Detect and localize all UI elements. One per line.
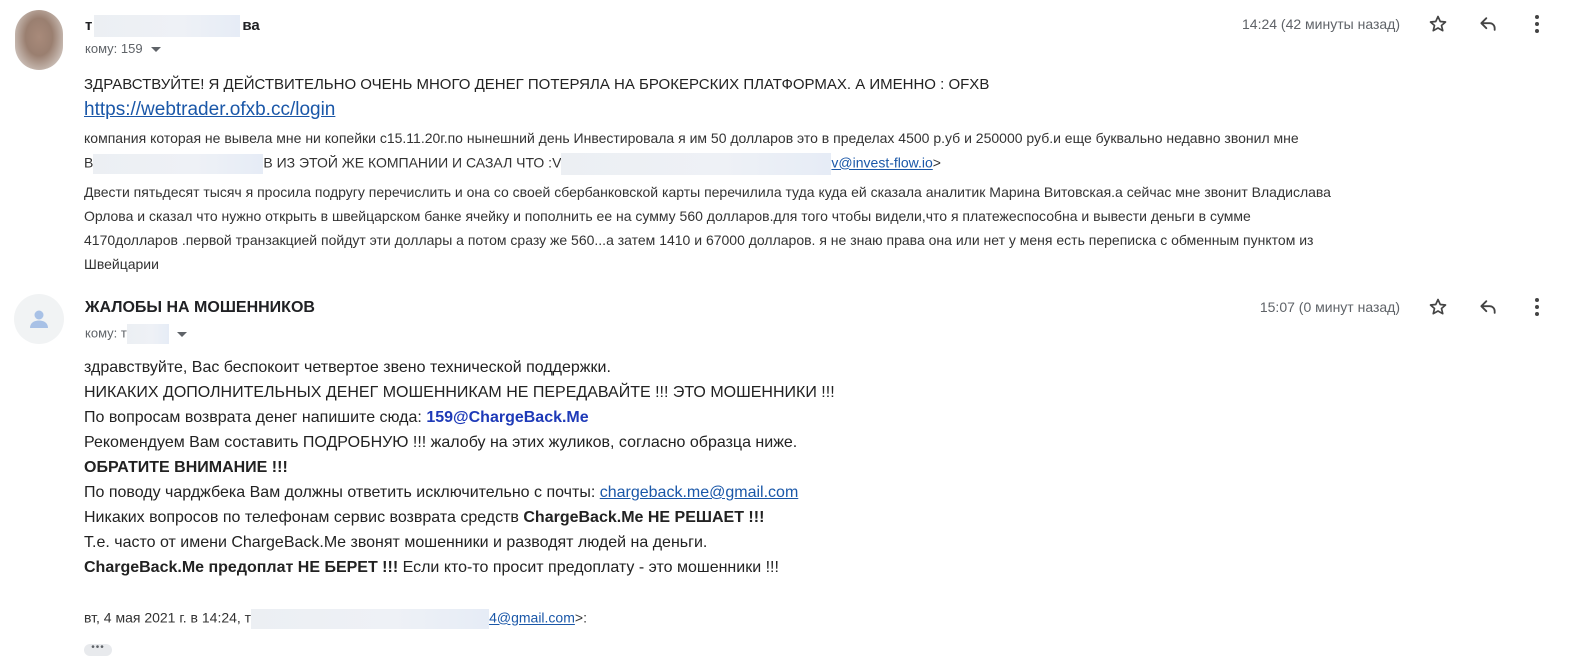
recipients-toggle[interactable]: кому: т [85,324,187,344]
reply-icon [1478,14,1498,34]
message-time: 14:24 (42 минуты назад) [1242,16,1400,32]
body-line: Рекомендуем Вам составить ПОДРОБНУЮ !!! … [84,434,797,452]
chevron-down-icon [177,332,187,337]
body-line: Т.е. часто от имени ChargeBack.Me звонят… [84,534,707,552]
sender-name[interactable]: ЖАЛОБЫ НА МОШЕННИКОВ [85,299,315,317]
quoted-sender-email-link[interactable]: 4@gmail.com [489,610,575,626]
recipients-toggle[interactable]: кому: 159 [85,41,161,56]
body-line-bold: ОБРАТИТЕ ВНИМАНИЕ !!! [84,459,288,477]
reply-button[interactable] [1476,12,1500,36]
body-line: здравствуйте, Вас беспокоит четвертое зв… [84,359,611,377]
body-line: ЗДРАВСТВУЙТЕ! Я ДЕЙСТВИТЕЛЬНО ОЧЕНЬ МНОГ… [84,76,989,93]
message-time: 15:07 (0 минут назад) [1260,299,1400,315]
star-icon [1428,14,1448,34]
body-line: По вопросам возврата денег напишите сюда… [84,409,589,427]
body-line: Швейцарии [84,256,159,272]
more-vert-icon [1533,14,1541,34]
reply-button[interactable] [1476,295,1500,319]
webtrader-link[interactable]: https://webtrader.ofxb.cc/login [84,99,335,120]
body-line: По поводу чарджбека Вам должны ответить … [84,484,798,502]
star-icon [1428,297,1448,317]
quote-header: вт, 4 мая 2021 г. в 14:24, т4@gmail.com>… [84,609,587,629]
redacted-name [93,154,263,174]
more-vert-icon [1533,297,1541,317]
body-line: компания которая не вывела мне ни копейк… [84,130,1299,146]
sender-name[interactable]: тва [85,15,260,37]
sender-avatar[interactable] [14,294,64,344]
redacted-email [561,153,831,175]
reply-icon [1478,297,1498,317]
body-line: ВВ ИЗ ЭТОЙ ЖЕ КОМПАНИИ И САЗАЛ ЧТО :Vv@i… [84,153,941,175]
body-line: Никаких вопросов по телефонам сервис воз… [84,509,764,527]
redacted-name [127,324,169,344]
body-line: Орлова и сказал что нужно открыть в швей… [84,208,1251,224]
chevron-down-icon [151,47,161,52]
redacted-name [94,15,240,37]
more-options-button[interactable] [1525,12,1549,36]
body-line: 4170долларов .первой транзакцией пойдут … [84,232,1313,248]
body-line: НИКАКИХ ДОПОЛНИТЕЛЬНЫХ ДЕНЕГ МОШЕННИКАМ … [84,384,835,402]
sender-avatar[interactable] [15,10,63,70]
invest-flow-email-link[interactable]: v@invest-flow.io [831,155,932,171]
chargeback-email[interactable]: 159@ChargeBack.Me [426,409,588,426]
chargeback-gmail-link[interactable]: chargeback.me@gmail.com [600,484,799,501]
redacted-email [251,609,489,629]
star-button[interactable] [1426,12,1450,36]
show-trimmed-content-button[interactable]: ••• [84,644,112,656]
more-options-button[interactable] [1525,295,1549,319]
person-icon [27,307,51,331]
star-button[interactable] [1426,295,1450,319]
body-line: Двести пятьдесят тысяч я просила подругу… [84,184,1331,200]
body-line: ChargeBack.Me предоплат НЕ БЕРЕТ !!! Есл… [84,559,779,577]
